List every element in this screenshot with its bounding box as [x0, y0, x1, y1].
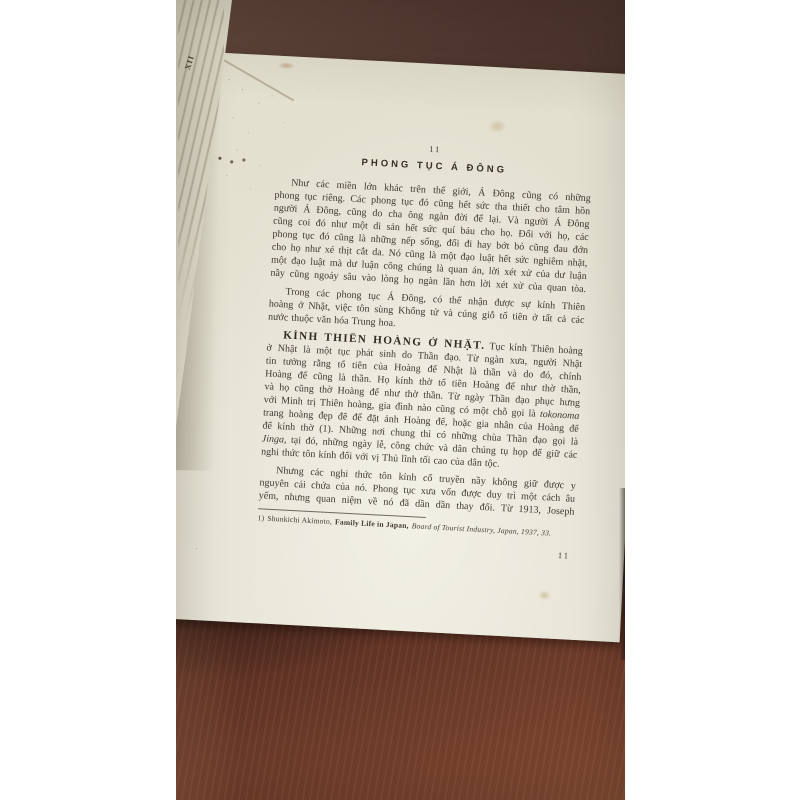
- page-number-bottom: 11: [256, 534, 572, 561]
- footnote-marker: 1): [257, 513, 264, 522]
- footnote-publisher: Board of Tourist Industry, Japan, 1937, …: [412, 521, 552, 537]
- page-content: 11 PHONG TỤC Á ĐÔNG Như các miền lớn khá…: [256, 56, 597, 561]
- footnote-author: Shunkichi Akimoto,: [267, 514, 332, 526]
- foxing-stain: [538, 590, 552, 601]
- white-margin-left: [0, 0, 176, 800]
- footnote-book-title: Family Life in Japan,: [335, 517, 409, 530]
- book-page: 11 PHONG TỤC Á ĐÔNG Như các miền lớn khá…: [176, 50, 625, 642]
- body-text: Như các miền lớn khác trên thế giới, Á Đ…: [258, 176, 591, 519]
- book-photo-scene: 11 PHONG TỤC Á ĐÔNG Như các miền lớn khá…: [0, 0, 800, 800]
- ink-dots: [218, 157, 221, 160]
- white-margin-right: [625, 0, 800, 800]
- open-book-photo: 11 PHONG TỤC Á ĐÔNG Như các miền lớn khá…: [176, 0, 625, 800]
- text-paragraph: Như các miền lớn khác trên thế giới, Á Đ…: [270, 176, 591, 296]
- text-paragraph: KÍNH THIÊN HOÀNG Ở NHẬT. Tục kính Thiên …: [261, 328, 583, 474]
